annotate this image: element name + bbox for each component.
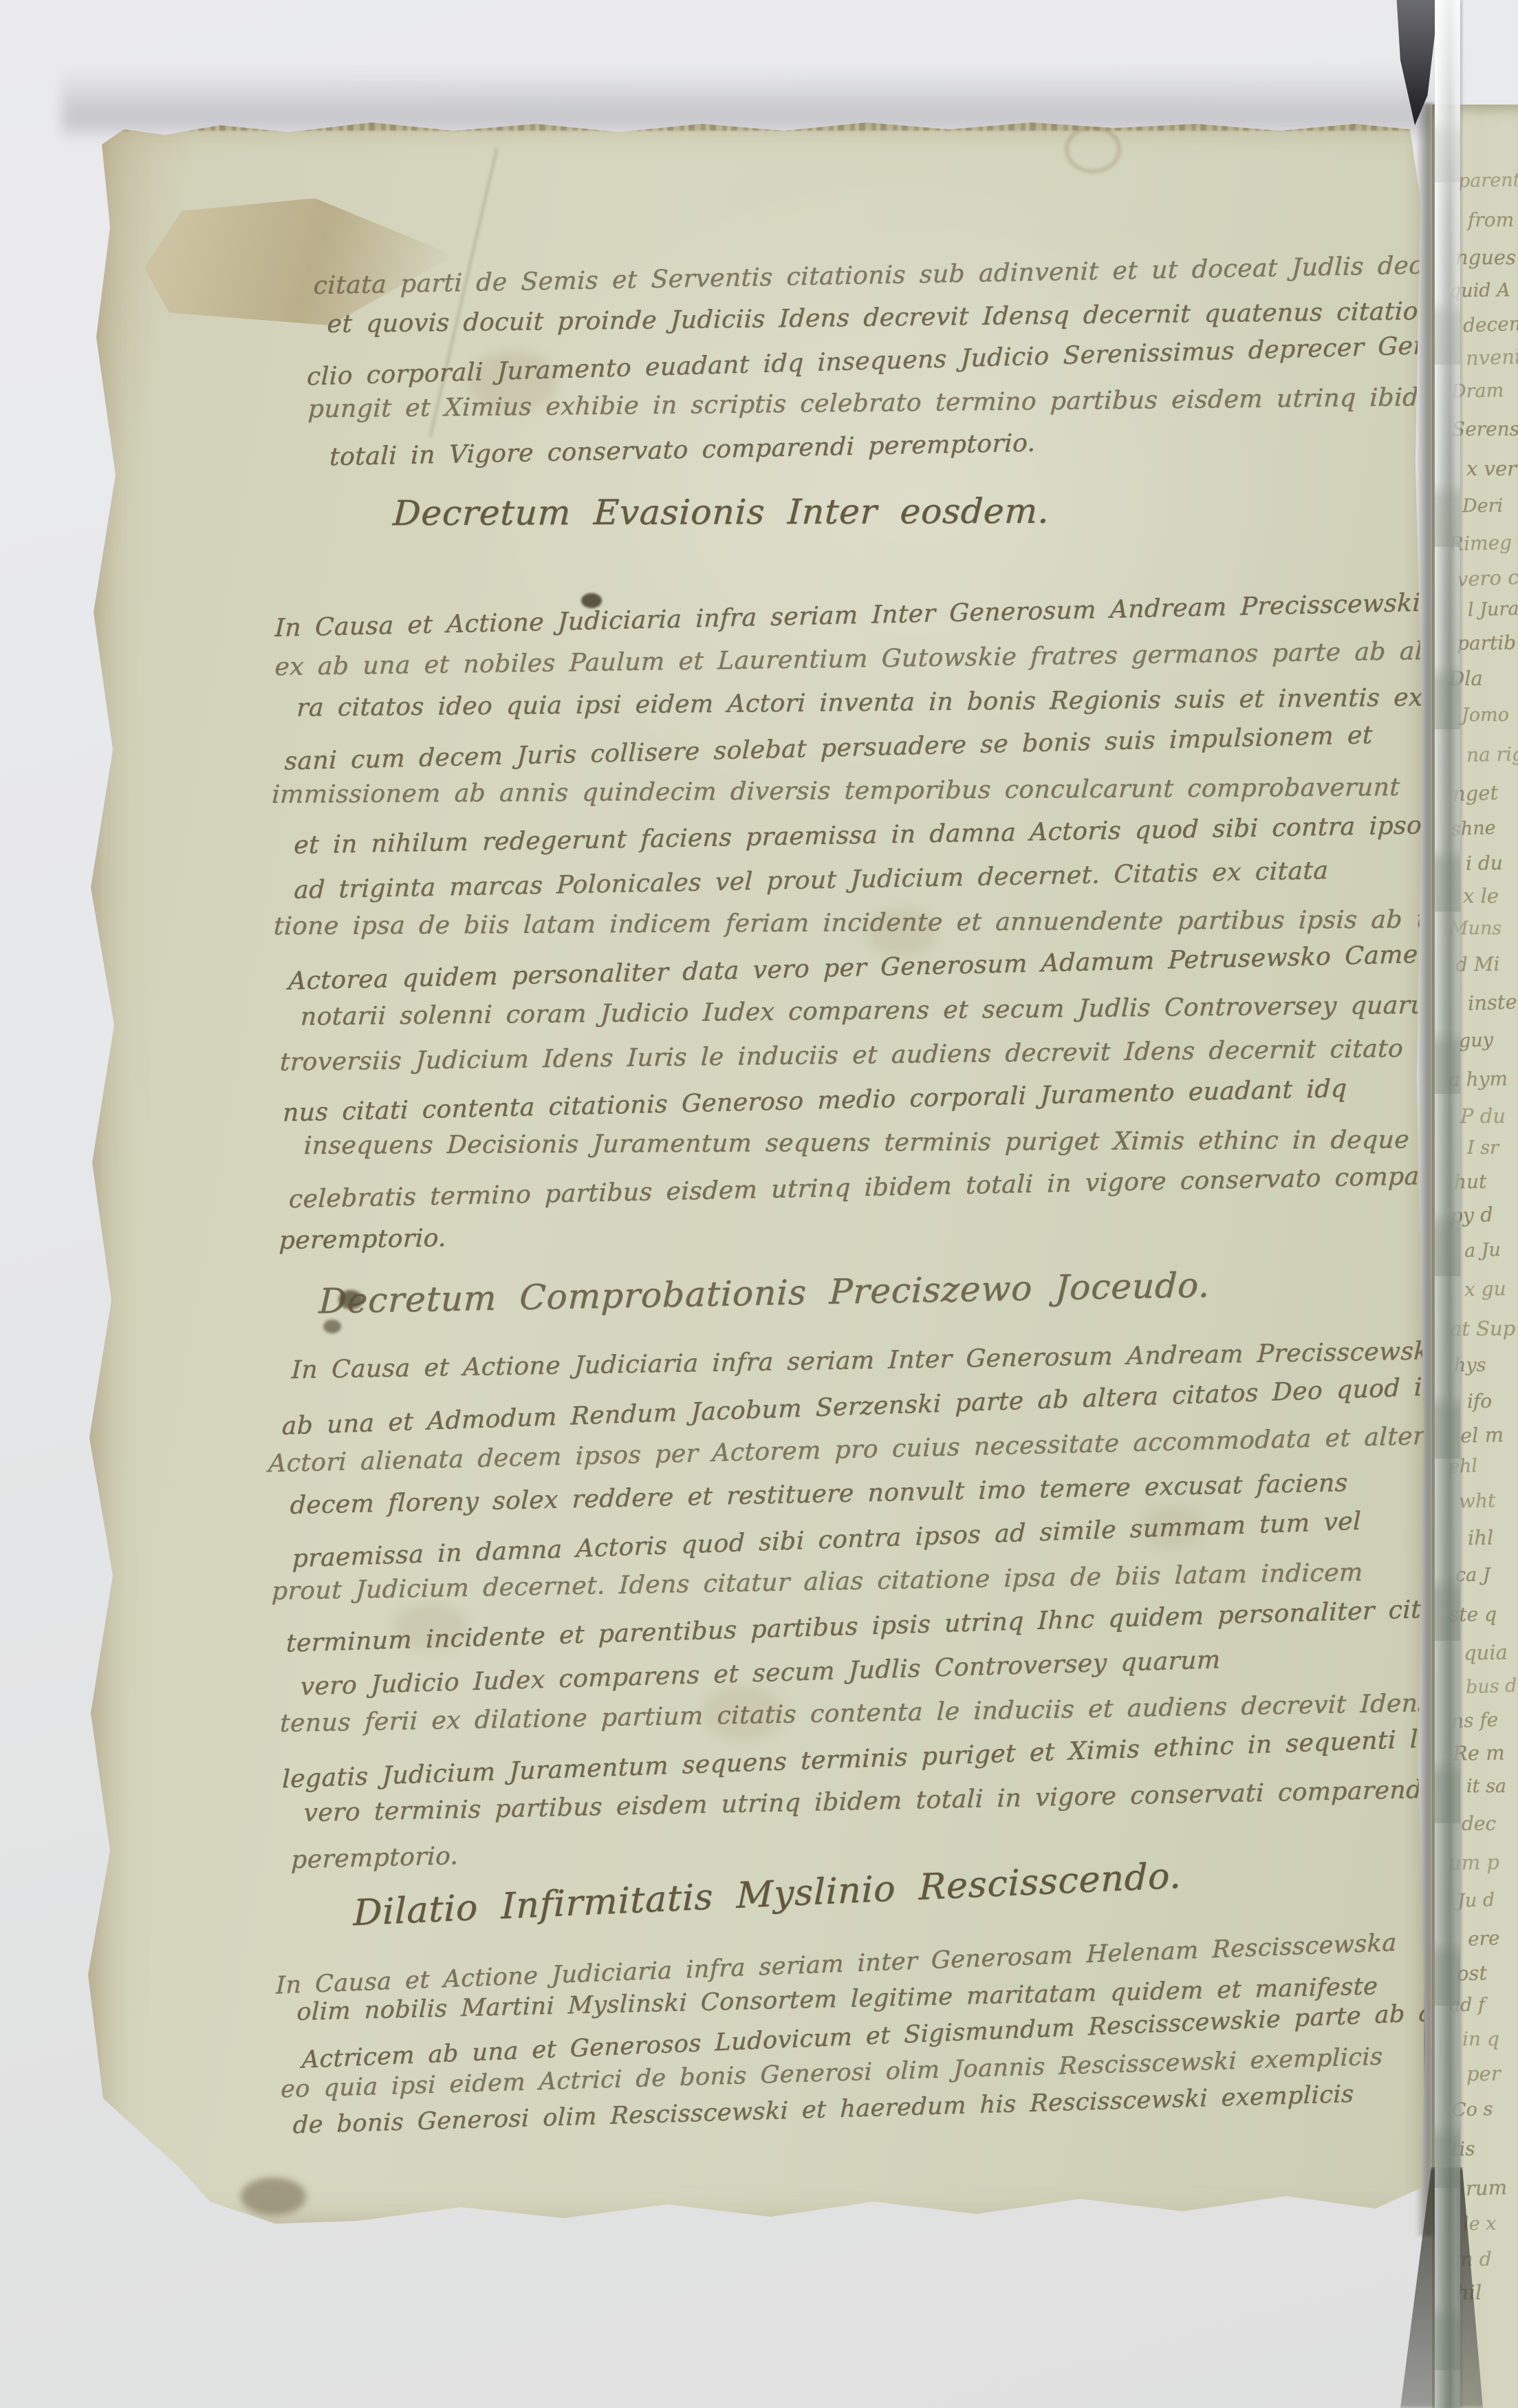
decree-heading: Decretum Comprobationis Preciszewo Joceu… xyxy=(310,1262,1202,1324)
adjacent-page-line-fragment: Deri xyxy=(1462,495,1503,517)
glass-shadow-band xyxy=(62,67,1431,136)
heading-line: Decretum Evasionis Inter eosdem. xyxy=(392,487,1051,537)
adjacent-page-line-fragment: ihl xyxy=(1468,1526,1494,1549)
photo-backdrop: parentfromnguesquid AdecemnvenieDramSere… xyxy=(0,0,1518,2408)
adjacent-page-line-fragment: ere xyxy=(1467,1926,1500,1950)
corner-smudge xyxy=(241,2178,306,2215)
adjacent-page-line-fragment: el m xyxy=(1460,1423,1504,1448)
adjacent-page-line-fragment: in q xyxy=(1462,2028,1499,2050)
adjacent-page-line-fragment: I sr xyxy=(1467,1137,1499,1159)
heading-line: Decretum Comprobationis Preciszewo Joceu… xyxy=(318,1261,1211,1326)
adjacent-page-line-fragment: dec xyxy=(1462,1812,1496,1835)
adjacent-page-line-fragment: rum xyxy=(1466,2175,1508,2200)
adjacent-page-line-fragment: x gu xyxy=(1464,1277,1506,1301)
adjacent-page-line-fragment: l Juram xyxy=(1468,598,1518,621)
adjacent-page-line-fragment: ifo xyxy=(1467,1390,1492,1412)
adjacent-page-line-fragment: P du xyxy=(1460,1104,1506,1128)
manuscript-paragraph: In Causa et Actione Judiciaria infra ser… xyxy=(289,1922,1518,2147)
adjacent-page-line-fragment: quia xyxy=(1464,1640,1508,1664)
adjacent-page-line-fragment: Serensi xyxy=(1452,418,1518,441)
adjacent-page-line-fragment: Re m xyxy=(1453,1741,1505,1765)
adjacent-page-line-fragment: d Mi xyxy=(1455,952,1500,976)
adjacent-page-line-fragment: from xyxy=(1468,208,1514,231)
adjacent-page-line-fragment: x vert xyxy=(1466,457,1518,480)
adjacent-page-line-fragment: guy xyxy=(1458,1029,1493,1052)
adjacent-page-line-fragment: parent xyxy=(1458,169,1518,192)
manuscript-paragraph: citata parti de Semis et Serventis citat… xyxy=(313,243,1512,478)
adjacent-page-line-fragment: le x xyxy=(1463,2213,1497,2235)
adjacent-page-line-fragment: na rig xyxy=(1466,742,1518,766)
decree-heading: Decretum Evasionis Inter eosdem. xyxy=(406,484,1063,540)
adjacent-page-line-fragment: it sa xyxy=(1466,1776,1506,1797)
adjacent-page-line-fragment: ost xyxy=(1457,1961,1488,1986)
adjacent-page-line-fragment: i du xyxy=(1466,852,1503,875)
manuscript-paragraph: In Causa et Actione Judiciaria infra ser… xyxy=(279,1320,1518,1883)
adjacent-page-line-fragment: vero cit xyxy=(1456,565,1518,591)
adjacent-page-line-fragment: x le xyxy=(1463,884,1499,907)
adjacent-page-line-fragment: a Ju xyxy=(1464,1239,1501,1262)
ring-stain xyxy=(1065,125,1121,173)
adjacent-page-line-fragment: Ju d xyxy=(1457,1889,1495,1912)
adjacent-page-line-fragment: ngues xyxy=(1455,246,1516,269)
adjacent-page-line-fragment: ca J xyxy=(1455,1565,1490,1586)
adjacent-page-line-fragment: inste xyxy=(1467,990,1517,1015)
adjacent-page-line-fragment: nvenie xyxy=(1465,344,1518,369)
manuscript-page: citata parti de Semis et Serventis citat… xyxy=(83,117,1424,2229)
adjacent-page-line-fragment: partib xyxy=(1457,632,1516,655)
glass-plate-edge xyxy=(1435,0,1460,2408)
adjacent-page-line-fragment: per xyxy=(1466,2062,1501,2085)
adjacent-page-line-fragment: Jomo xyxy=(1462,705,1509,726)
adjacent-page-line-fragment: bus d xyxy=(1465,1675,1517,1699)
manuscript-paragraph: In Causa et Actione Judiciaria infra ser… xyxy=(282,583,1518,1262)
glass-plate-tint xyxy=(1435,0,1460,2408)
adjacent-page-line-fragment: decem xyxy=(1462,312,1518,337)
adjacent-page-line-fragment: wht xyxy=(1459,1489,1496,1513)
